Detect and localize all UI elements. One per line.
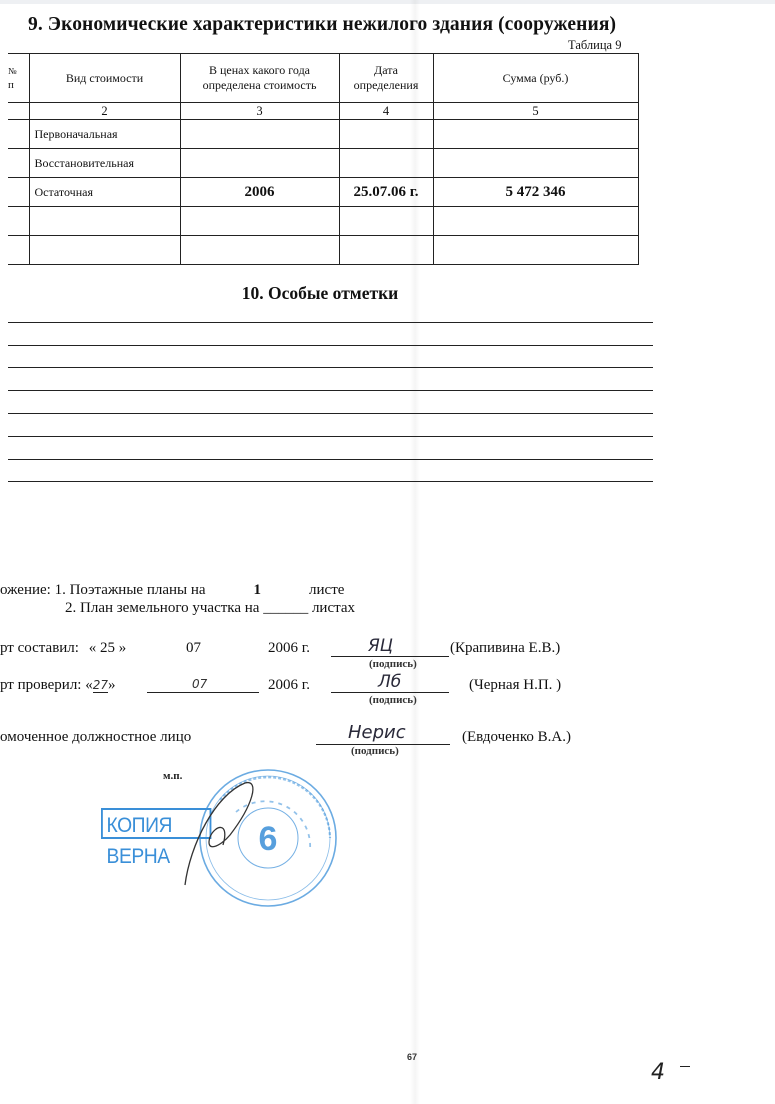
header-number-line2: п — [8, 78, 29, 92]
cell-sum — [433, 236, 638, 265]
authorized-signature: Нерис — [348, 722, 406, 743]
compiled-signature-line — [331, 656, 449, 657]
header-date: Дата определения — [339, 54, 433, 103]
cell-sum — [433, 120, 638, 149]
checked-day-close: » — [108, 677, 116, 693]
header-kind: Вид стоимости — [29, 54, 180, 103]
row-number — [8, 236, 29, 265]
cell-date — [339, 120, 433, 149]
corner-dash — [680, 1066, 690, 1067]
table-header-row: № п Вид стоимости В ценах какого года оп… — [8, 54, 638, 103]
table-row: Остаточная 2006 25.07.06 г. 5 472 346 — [8, 178, 638, 207]
authorized-label: омоченное должностное лицо — [0, 729, 191, 746]
checked-day-open: « — [85, 677, 93, 693]
authorized-name: (Евдоченко В.А.) — [462, 729, 571, 746]
header-sum: Сумма (руб.) — [433, 54, 638, 103]
notes-line — [8, 436, 653, 437]
table-row: Первоначальная — [8, 120, 638, 149]
header-date-line2: определения — [340, 78, 433, 93]
attachment-2-blank: ______ — [263, 600, 308, 616]
attachment-line-1: ожение: 1. Поэтажные планы на 1 листе — [0, 582, 344, 599]
compiled-day: « 25 » — [89, 640, 127, 656]
section9-title: 9. Экономические характеристики нежилого… — [28, 14, 616, 36]
corner-mark: 4 — [651, 1060, 665, 1085]
cell-kind — [29, 207, 180, 236]
attachment-1-text: 1. Поэтажные планы на — [55, 582, 206, 598]
cell-kind — [29, 236, 180, 265]
cell-kind: Остаточная — [29, 178, 180, 207]
attachment-1-unit: листе — [309, 582, 344, 598]
header-year: В ценах какого года определена стоимость — [180, 54, 339, 103]
header-year-line1: В ценах какого года — [181, 63, 339, 78]
cell-year — [180, 207, 339, 236]
checked-signature: Лб — [378, 672, 401, 692]
attachment-2-text: 2. План земельного участка на — [65, 600, 259, 616]
cell-year: 2006 — [180, 178, 339, 207]
row-number — [8, 120, 29, 149]
checked-name: (Черная Н.П. ) — [469, 677, 561, 694]
cell-date — [339, 207, 433, 236]
notes-line — [8, 345, 653, 346]
scan-edge — [0, 0, 775, 4]
notes-line — [8, 413, 653, 414]
colnum-3: 3 — [180, 103, 339, 120]
row-number — [8, 178, 29, 207]
cell-kind: Восстановительная — [29, 149, 180, 178]
colnum-4: 4 — [339, 103, 433, 120]
notes-line — [8, 481, 653, 482]
table-row: Восстановительная — [8, 149, 638, 178]
cell-year — [180, 120, 339, 149]
cell-date: 25.07.06 г. — [339, 178, 433, 207]
compiled-signature: ЯЦ — [368, 636, 393, 656]
compiled-name: (Крапивина Е.В.) — [450, 640, 560, 657]
checked-line: рт проверил: «27» — [0, 677, 116, 694]
cell-sum — [433, 207, 638, 236]
notes-line — [8, 390, 653, 391]
colnum-1 — [8, 103, 29, 120]
cell-year — [180, 149, 339, 178]
checked-month: 07 — [192, 677, 207, 691]
compiled-line: рт составил: « 25 » — [0, 640, 126, 657]
cell-date — [339, 236, 433, 265]
colnum-5: 5 — [433, 103, 638, 120]
cell-kind: Первоначальная — [29, 120, 180, 149]
compiled-label: рт составил: — [0, 640, 79, 656]
checked-year: 2006 г. — [268, 677, 310, 694]
cell-sum: 5 472 346 — [433, 178, 638, 207]
attachment-1-count: 1 — [209, 582, 305, 599]
authorized-signature-caption: (подпись) — [351, 745, 399, 757]
compiled-year: 2006 г. — [268, 640, 310, 657]
attachments-label: ожение: — [0, 582, 51, 598]
header-number-line1: № — [8, 64, 29, 78]
cell-sum — [433, 149, 638, 178]
colnum-2: 2 — [29, 103, 180, 120]
notes-line — [8, 459, 653, 460]
checked-signature-caption: (подпись) — [369, 694, 417, 706]
header-number: № п — [8, 54, 29, 103]
section10-title: 10. Особые отметки — [0, 283, 640, 304]
seal-signature-icon — [175, 775, 265, 895]
header-year-line2: определена стоимость — [181, 78, 339, 93]
compiled-month: 07 — [186, 640, 201, 657]
checked-day: 27 — [93, 678, 108, 693]
economic-characteristics-table: № п Вид стоимости В ценах какого года оп… — [8, 53, 639, 265]
notes-line — [8, 367, 653, 368]
table-row — [8, 236, 638, 265]
checked-month-line — [147, 692, 259, 693]
cell-date — [339, 149, 433, 178]
page-number: 67 — [407, 1052, 417, 1062]
table-label: Таблица 9 — [568, 38, 621, 53]
attachment-2-unit: листах — [312, 600, 355, 616]
notes-line — [8, 322, 653, 323]
cell-year — [180, 236, 339, 265]
checked-label: рт проверил: — [0, 677, 81, 693]
column-numbers-row: 2 3 4 5 — [8, 103, 638, 120]
checked-signature-line — [331, 692, 449, 693]
table-row — [8, 207, 638, 236]
header-date-line1: Дата — [340, 63, 433, 78]
attachment-line-2: 2. План земельного участка на ______ лис… — [65, 600, 355, 617]
row-number — [8, 149, 29, 178]
row-number — [8, 207, 29, 236]
compiled-signature-caption: (подпись) — [369, 658, 417, 670]
